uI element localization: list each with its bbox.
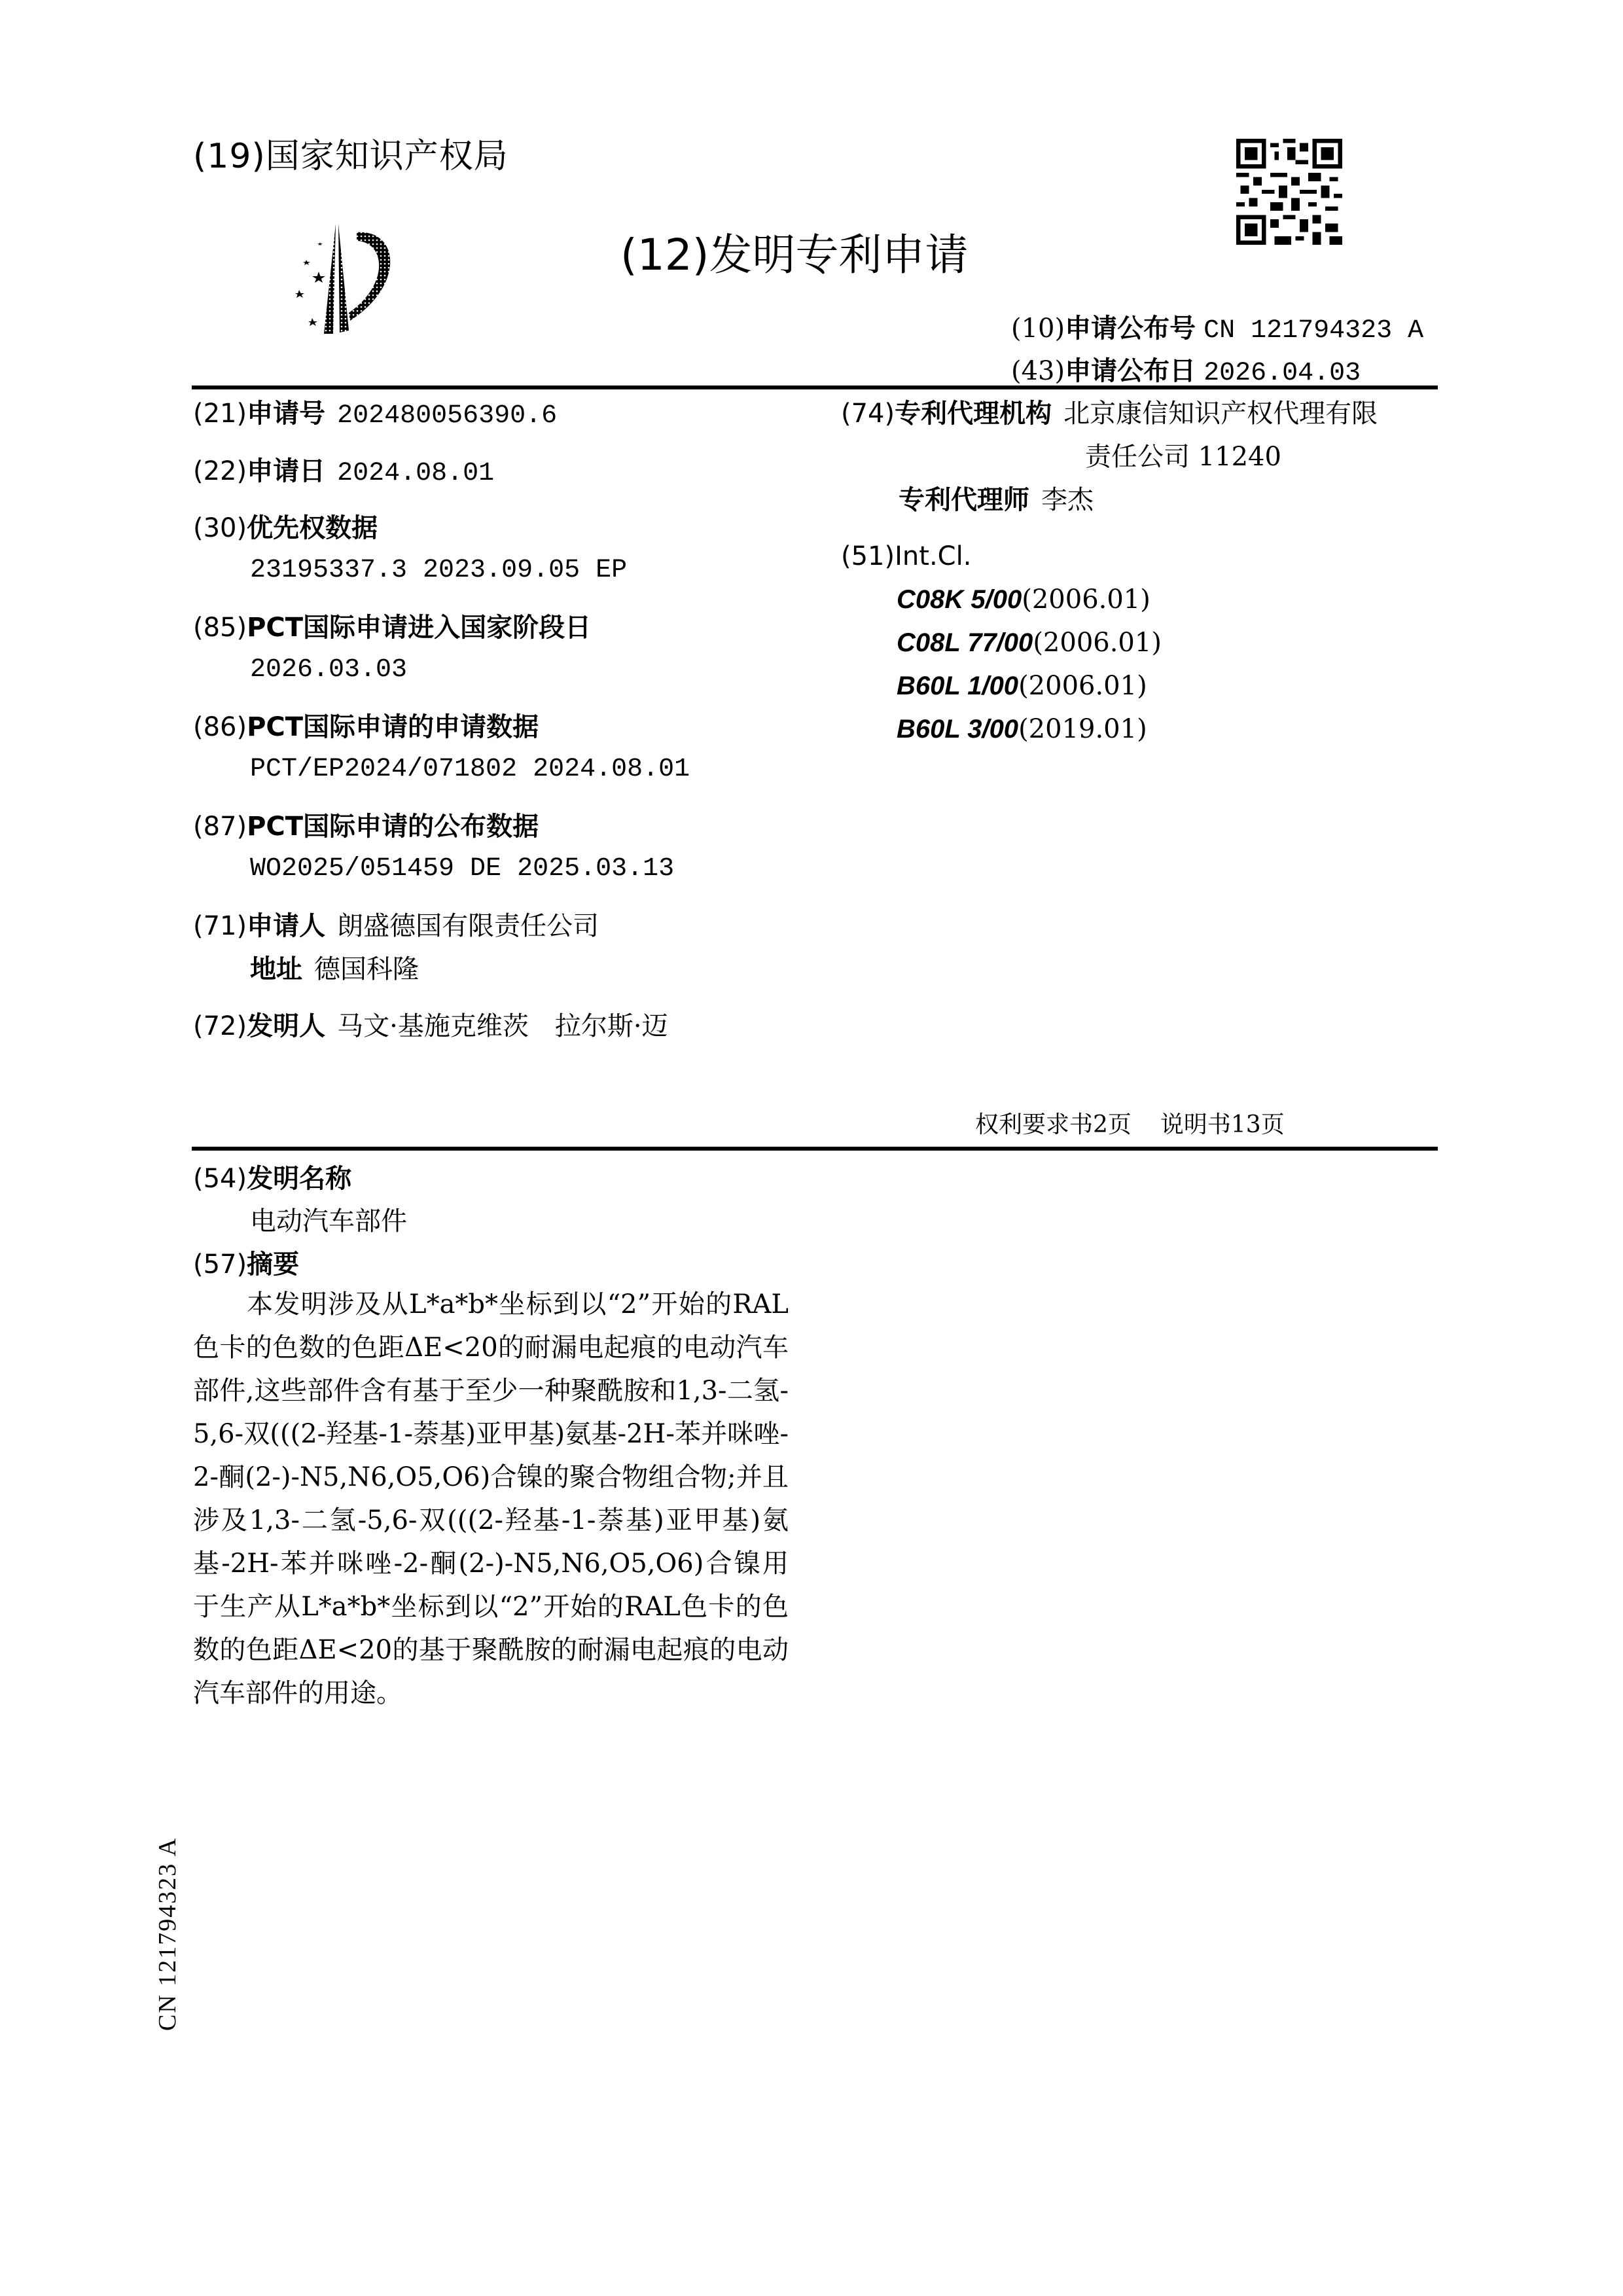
inventors: (72)发明人马文·基施克维茨 拉尔斯·迈 [193, 1011, 668, 1042]
field-code: (71) [193, 911, 247, 941]
field-value: 2024.08.01 [337, 459, 494, 488]
field-code: (57) [193, 1249, 247, 1280]
field-value: 电动汽车部件 [250, 1206, 407, 1236]
field-label: 申请号 [247, 399, 325, 429]
patent-agent: 专利代理师李杰 [899, 484, 1094, 516]
field-code: (30) [193, 513, 247, 543]
field-value: 北京康信知识产权代理有限 [1063, 399, 1378, 429]
field-value: 责任公司 11240 [1085, 442, 1281, 472]
field-value: 朗盛德国有限责任公司 [337, 911, 599, 941]
field-value: 德国科隆 [314, 954, 419, 984]
ipc-item: B60L 3/00(2019.01) [897, 713, 1147, 745]
field-code: (85) [193, 613, 247, 643]
field-code: (74) [841, 399, 895, 429]
publication-date-value: 2026.04.03 [1204, 359, 1361, 388]
field-code: (22) [193, 456, 247, 486]
field-code: (54) [193, 1164, 247, 1194]
field-code: (72) [193, 1011, 247, 1041]
doc-type-code: (12) [620, 230, 709, 280]
field-label: Int.Cl. [895, 541, 971, 571]
ipc-version: (2006.01) [1033, 628, 1162, 658]
side-publication-number: CN 121794323 A [148, 1826, 187, 2042]
publication-date-code: (43) [1011, 356, 1065, 386]
field-value: 李杰 [1041, 485, 1094, 515]
pct-national-phase-value: 2026.03.03 [250, 655, 407, 686]
field-label: PCT国际申请的公布数据 [247, 812, 539, 842]
qr-code-icon [1236, 139, 1343, 245]
filing-date: (22)申请日2024.08.01 [193, 456, 494, 490]
field-code: (21) [193, 399, 247, 429]
ipc-version: (2006.01) [1022, 584, 1150, 615]
field-label: 申请人 [247, 911, 325, 941]
office-code: (19) [193, 137, 266, 176]
ipc-class: C08K 5/00 [897, 585, 1022, 614]
field-label: PCT国际申请进入国家阶段日 [247, 613, 591, 643]
field-label: PCT国际申请的申请数据 [247, 712, 539, 742]
claims-pages: 权利要求书2页 [975, 1111, 1132, 1138]
abstract-text: 本发明涉及从L*a*b*坐标到以“2”开始的RAL色卡的色数的色距ΔE<20的耐… [193, 1283, 789, 1715]
publication-number-code: (10) [1011, 314, 1065, 344]
patent-agency: (74)专利代理机构北京康信知识产权代理有限 [841, 398, 1378, 429]
ipc-class: C08L 77/00 [897, 628, 1033, 657]
pct-publication-data: (87)PCT国际申请的公布数据 [193, 811, 539, 842]
field-label: 发明人 [247, 1011, 325, 1041]
pct-application-data: (86)PCT国际申请的申请数据 [193, 711, 539, 743]
field-code: (86) [193, 712, 247, 742]
document-type: (12)发明专利申请 [620, 220, 968, 282]
ipc-item: B60L 1/00(2006.01) [897, 670, 1147, 702]
applicant: (71)申请人朗盛德国有限责任公司 [193, 910, 599, 942]
pages-summary: 权利要求书2页说明书13页 [975, 1106, 1285, 1139]
publication-number: (10)申请公布号CN 121794323 A [1011, 308, 1423, 346]
priority-data: (30)优先权数据 [193, 512, 378, 544]
ipc-class: B60L 3/00 [897, 715, 1018, 744]
publication-number-label: 申请公布号 [1065, 314, 1196, 344]
field-value: 马文·基施克维茨 拉尔斯·迈 [337, 1011, 668, 1041]
publication-date: (43)申请公布日2026.04.03 [1011, 350, 1361, 388]
field-label: 发明名称 [247, 1164, 351, 1194]
office-label: 国家知识产权局 [266, 137, 508, 176]
priority-value: 23195337.3 2023.09.05 EP [250, 555, 627, 586]
pct-national-phase: (85)PCT国际申请进入国家阶段日 [193, 612, 591, 643]
invention-title-heading: (54)发明名称 [193, 1163, 351, 1194]
publication-date-label: 申请公布日 [1065, 356, 1196, 386]
applicant-address: 地址德国科隆 [250, 954, 419, 985]
publication-number-value: CN 121794323 A [1204, 316, 1423, 346]
field-label: 摘要 [247, 1249, 299, 1280]
pct-publication-value: WO2025/051459 DE 2025.03.13 [250, 853, 674, 885]
invention-title: 电动汽车部件 [250, 1206, 407, 1237]
ipc-item: C08L 77/00(2006.01) [897, 627, 1162, 658]
pct-application-value: PCT/EP2024/071802 2024.08.01 [250, 754, 690, 785]
ipc-version: (2019.01) [1018, 714, 1147, 744]
ipc-version: (2006.01) [1018, 671, 1147, 701]
field-label: 申请日 [247, 456, 325, 486]
ipc-item: C08K 5/00(2006.01) [897, 584, 1150, 615]
office-name: (19)国家知识产权局 [193, 128, 508, 177]
top-divider [192, 386, 1438, 389]
field-value: 202480056390.6 [337, 401, 557, 431]
field-code: (51) [841, 541, 895, 571]
ipc-class: B60L 1/00 [897, 672, 1018, 700]
patent-agency-line2: 责任公司 11240 [1085, 441, 1281, 473]
abstract-heading: (57)摘要 [193, 1249, 299, 1280]
application-number: (21)申请号202480056390.6 [193, 398, 557, 432]
ipc-classification: (51)Int.Cl. [841, 541, 971, 572]
field-label: 优先权数据 [247, 513, 378, 543]
field-label: 地址 [250, 954, 302, 984]
doc-type-label: 发明专利申请 [709, 230, 968, 280]
cnipa-logo-icon [265, 223, 422, 340]
field-code: (87) [193, 812, 247, 842]
description-pages: 说明书13页 [1160, 1111, 1285, 1138]
field-label: 专利代理机构 [895, 399, 1052, 429]
field-label: 专利代理师 [899, 485, 1029, 515]
middle-divider [192, 1147, 1438, 1151]
